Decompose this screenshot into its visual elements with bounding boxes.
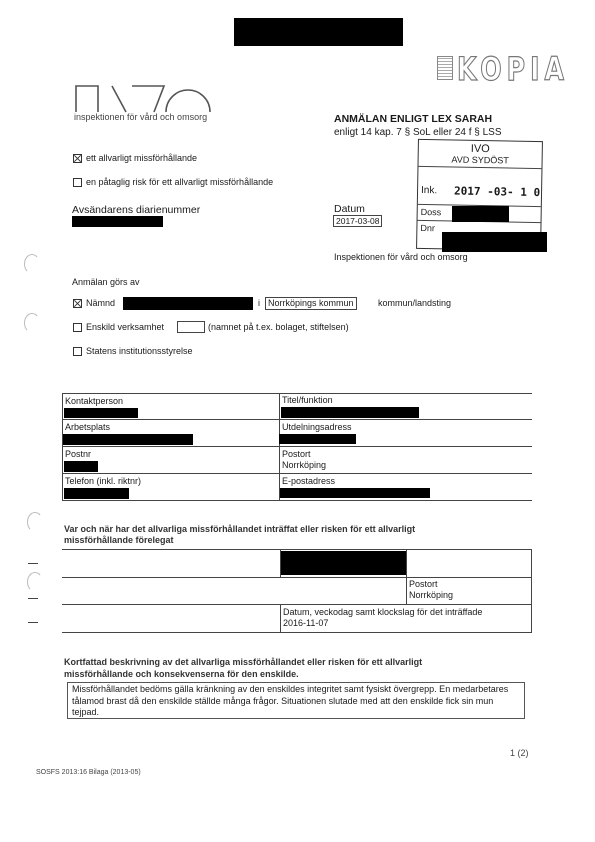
stamp-ink-date: 2017 -03- 1 0 <box>454 186 540 200</box>
label-in: i <box>258 298 260 309</box>
incident-postort-label: Postort <box>409 579 438 590</box>
workplace-label: Arbetsplats <box>65 422 110 433</box>
label-sis: Statens institutionsstyrelse <box>86 346 193 357</box>
email-label: E-postadress <box>282 476 335 487</box>
label-private-operation: Enskild verksamhet <box>86 322 164 333</box>
hole-punch-mark <box>27 572 43 592</box>
municipality-field[interactable]: Norrköpings kommun <box>265 297 357 310</box>
margin-dash <box>28 622 38 623</box>
copy-stamp-text: KOPIA <box>457 50 569 88</box>
checkbox-sis[interactable] <box>73 347 82 356</box>
stamp-ink-label: Ink. <box>421 185 437 197</box>
description-text[interactable]: Missförhållandet bedöms gälla kränkning … <box>67 682 525 719</box>
page-number: 1 (2) <box>510 748 529 759</box>
ivo-logo-icon <box>74 82 214 114</box>
postnr-label: Postnr <box>65 449 91 460</box>
redacted-postnr <box>64 461 98 472</box>
redacted-postal-address <box>279 434 356 444</box>
checkbox-namnd[interactable] <box>73 299 82 308</box>
checkbox-risk-misconduct[interactable] <box>73 178 82 187</box>
postal-address-label: Utdelningsadress <box>282 422 352 433</box>
recipient-label: Inspektionen för vård och omsorg <box>334 252 468 263</box>
form-reference: SOSFS 2013:16 Bilaga (2013-05) <box>36 768 141 777</box>
redacted-workplace <box>63 434 193 445</box>
label-namnd: Nämnd <box>86 298 115 309</box>
redacted-namnd <box>123 297 253 310</box>
hole-punch-mark <box>24 313 40 333</box>
incident-postort-value: Norrköping <box>409 590 453 601</box>
private-operation-hint: (namnet på t.ex. bolaget, stiftelsen) <box>208 322 349 333</box>
stamp-department: AVD SYDÖST <box>419 154 542 167</box>
hole-punch-mark <box>24 254 40 274</box>
redacted-incident-place <box>281 551 406 575</box>
redacted-email <box>280 488 430 498</box>
private-operation-field[interactable] <box>177 321 205 333</box>
date-field[interactable]: 2017-03-08 <box>333 215 382 227</box>
description-heading: Kortfattad beskrivning av det allvarliga… <box>64 656 484 680</box>
title-function-label: Titel/funktion <box>282 395 333 406</box>
diary-number-label: Avsändarens diarienummer <box>72 204 200 216</box>
redacted-diary-number <box>72 216 163 227</box>
margin-dash <box>28 598 38 599</box>
ivo-logo: inspektionen för vård och omsorg <box>74 82 214 122</box>
contact-person-label: Kontaktperson <box>65 396 123 407</box>
redacted-top <box>234 18 403 46</box>
stamp-dnr-label: Dnr <box>420 223 435 234</box>
form-title: ANMÄLAN ENLIGT LEX SARAH <box>334 113 492 125</box>
label-risk-misconduct: en påtaglig risk för ett allvarligt miss… <box>86 177 273 188</box>
date-label: Datum <box>334 203 365 215</box>
redacted-dnr <box>442 232 547 252</box>
incident-date-label: Datum, veckodag samt klockslag för det i… <box>283 607 482 618</box>
form-subtitle: enligt 14 kap. 7 § SoL eller 24 f § LSS <box>334 127 502 139</box>
incident-heading: Var och när har det allvarliga missförhå… <box>64 524 484 546</box>
checkbox-serious-misconduct[interactable] <box>73 154 82 163</box>
stamp-doss-label: Doss <box>421 207 442 218</box>
redacted-phone <box>64 488 129 499</box>
logo-caption: inspektionen för vård och omsorg <box>74 112 207 123</box>
incident-date-value: 2016-11-07 <box>283 618 328 629</box>
checkbox-private-operation[interactable] <box>73 323 82 332</box>
label-serious-misconduct: ett allvarligt missförhållande <box>86 153 197 164</box>
phone-label: Telefon (inkl. riktnr) <box>65 476 141 487</box>
reporter-heading: Anmälan görs av <box>72 277 140 288</box>
redacted-title-function <box>281 407 419 418</box>
municipality-suffix: kommun/landsting <box>378 298 451 309</box>
hole-punch-mark <box>27 512 43 532</box>
redacted-contact-person <box>64 408 138 418</box>
margin-dash <box>28 563 38 564</box>
document-stack-icon <box>437 56 453 80</box>
postort-label: Postort <box>282 449 311 460</box>
redacted-doss <box>452 206 509 222</box>
postort-value: Norrköping <box>282 460 326 471</box>
